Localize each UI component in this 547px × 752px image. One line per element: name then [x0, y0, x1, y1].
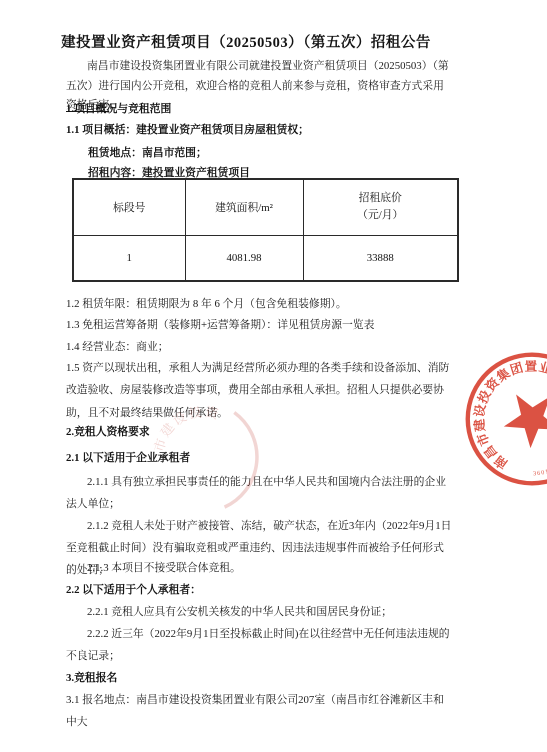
faint-stamp-text: 市建设投资: [151, 390, 224, 466]
item-1-1: 1.1 项目概括：建投置业资产租赁项目房屋租赁权；: [66, 119, 454, 141]
item-1-3: 1.3 免租运营筹备期（装修期+运营筹备期）：详见租赁房源一览表: [66, 314, 454, 336]
col-header-section-no: 标段号: [73, 179, 185, 235]
seal-serial-number: 3601061165780: [530, 443, 547, 484]
lease-lot-table: 标段号 建筑面积/m² 招租底价 （元/月） 1 4081.98 33888: [72, 178, 459, 282]
item-2-2-1: 2.2.1 竞租人应具有公安机关核发的中华人民共和国居民身份证；: [66, 601, 454, 623]
cell-area: 4081.98: [185, 235, 303, 281]
intro-text-before: 南昌市建设投资集团置业有限公司就建投置业资产租赁项目（20250503）（第五次…: [66, 60, 449, 92]
col-header-area: 建筑面积/m²: [185, 179, 303, 235]
section1-heading: 1.项目概况与竞租范围: [66, 98, 454, 120]
table-row: 1 4081.98 33888: [73, 235, 458, 281]
item-1-2: 1.2 租赁年限：租赁期限为 8 年 6 个月（包含免租装修期）。: [66, 293, 454, 315]
cell-section-no: 1: [73, 235, 185, 281]
item-2-2-2: 2.2.2 近三年（2022年9月1日至投标截止时间)在以往经营中无任何违法违规…: [66, 623, 454, 667]
faint-stamp-arc: [206, 412, 271, 512]
document-page: 建投置业资产租赁项目（20250503）（第五次）招租公告 南昌市建设投资集团置…: [0, 0, 547, 752]
star-icon: [493, 379, 547, 454]
item-3-1: 3.1 报名地点：南昌市建设投资集团置业有限公司207室（南昌市红谷滩新区丰和中…: [66, 689, 454, 733]
cell-base-price: 33888: [303, 235, 458, 281]
table-header-row: 标段号 建筑面积/m² 招租底价 （元/月）: [73, 179, 458, 235]
section3-heading: 3.竞租报名: [66, 667, 454, 689]
faint-stamp: 市建设投资: [128, 382, 278, 532]
col-header-base-price: 招租底价 （元/月）: [303, 179, 458, 235]
item-2-2: 2.2 以下适用于个人承租者：: [66, 579, 454, 601]
page-title: 建投置业资产租赁项目（20250503）（第五次）招租公告: [56, 31, 436, 52]
col-header-base-price-line2: （元/月）: [304, 207, 458, 224]
item-1-1-location: 租赁地点：南昌市范围；: [88, 142, 454, 164]
company-seal-stamp: 南昌市建设投资集团置业有限公司 3601061165780: [459, 346, 547, 492]
item-1-4: 1.4 经营业态：商业；: [66, 336, 454, 358]
col-header-base-price-line1: 招租底价: [304, 190, 458, 207]
item-2-1-3: 2.1.3 本项目不接受联合体竞租。: [66, 557, 454, 579]
